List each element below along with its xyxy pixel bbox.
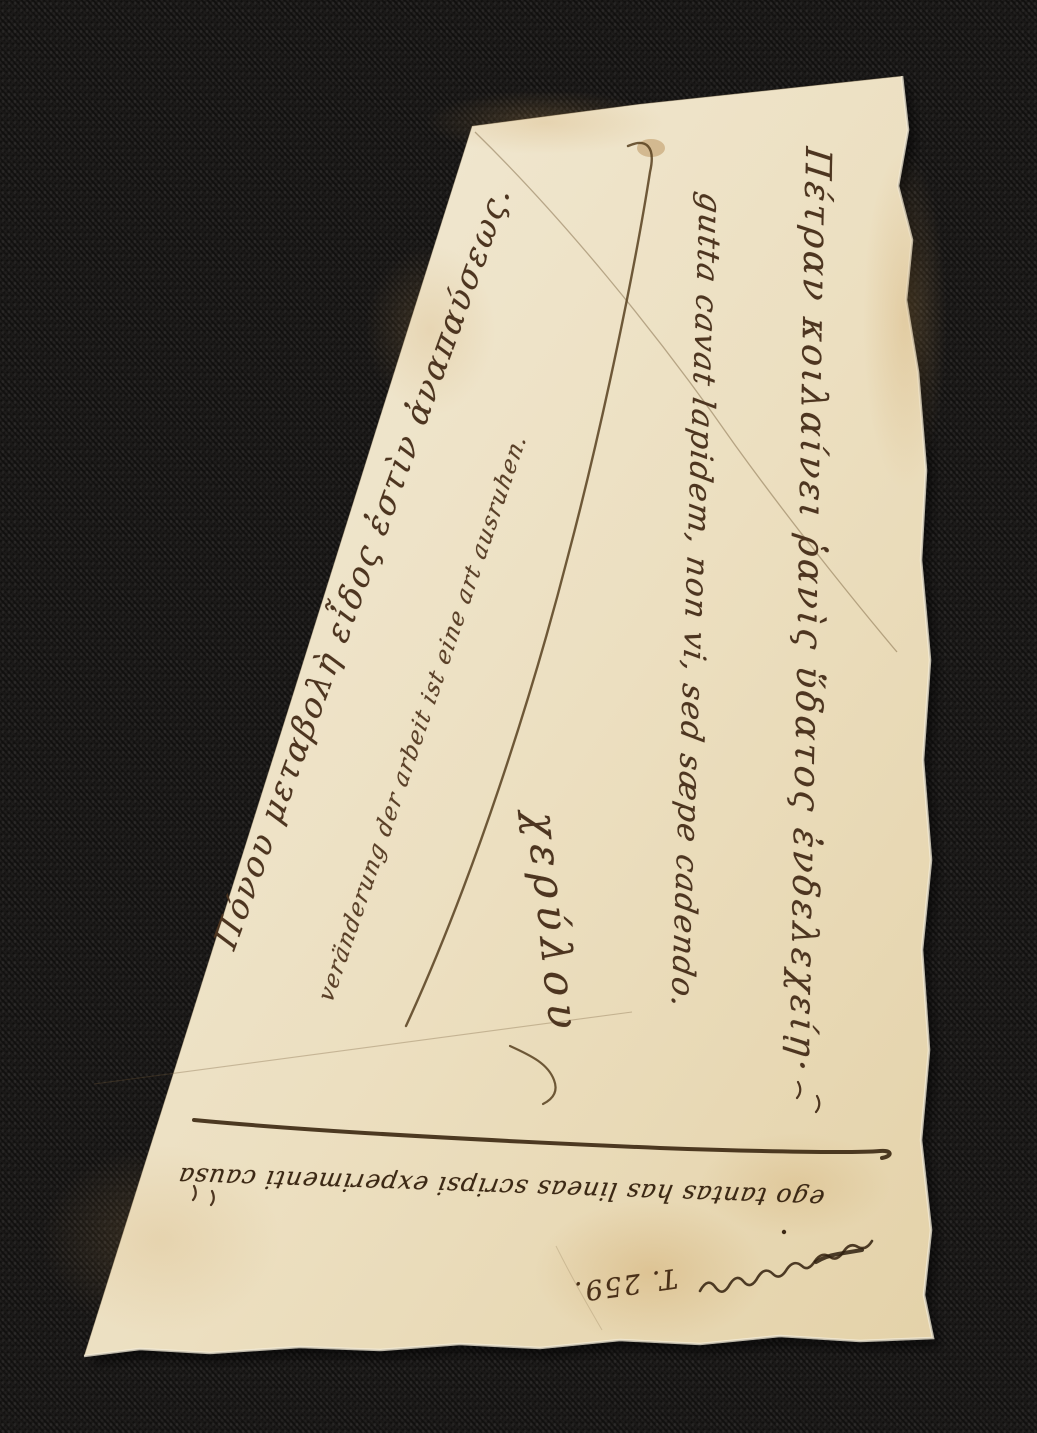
photo-stage: Πέτραν κοιλαίνει ῥανὶς ὕδατος ἐνδελεχείῃ… [0, 0, 1037, 1433]
paper-stain [863, 150, 947, 490]
ink-dot [782, 1230, 786, 1234]
